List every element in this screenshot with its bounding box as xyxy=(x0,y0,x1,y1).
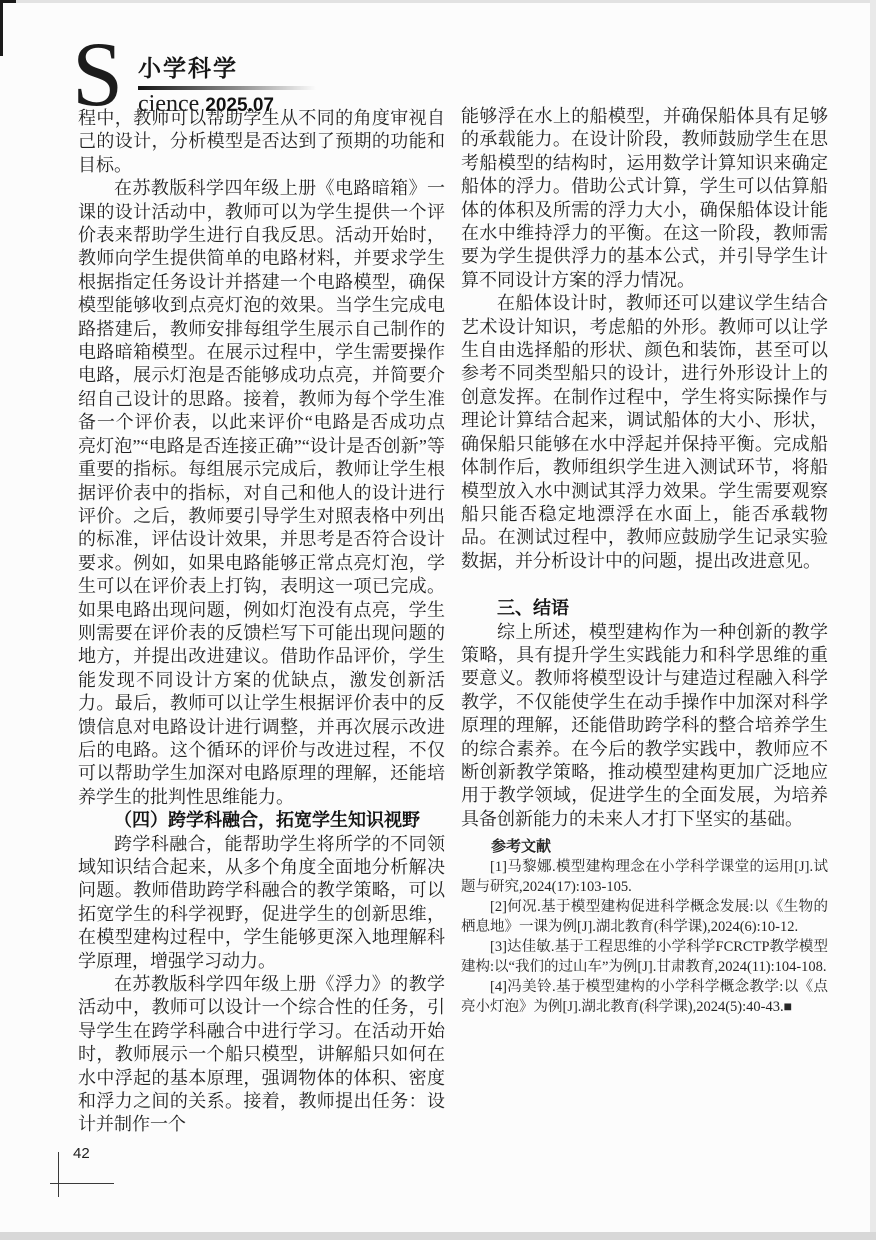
crop-mark-horizontal xyxy=(50,1183,114,1184)
section-heading-cross-discipline: （四）跨学科融合，拓宽学生知识视野 xyxy=(78,809,445,832)
journal-page: S 小学科学 cience2025.07 程中，教师可以帮助学生从不同的角度审视… xyxy=(0,0,876,1240)
article-end-mark: ■ xyxy=(784,1000,792,1015)
body-paragraph: 在苏教版科学四年级上册《浮力》的教学活动中，教师可以设计一个综合性的任务，引导学… xyxy=(78,973,445,1137)
masthead-rule xyxy=(138,86,316,90)
scan-edge-right xyxy=(870,0,876,1240)
journal-title-chinese: 小学科学 xyxy=(138,55,238,81)
body-paragraph: 能够浮在水上的船模型，并确保船体具有足够的承载能力。在设计阶段，教师鼓励学生在思… xyxy=(461,105,828,292)
reference-item: [2]何况.基于模型建构促进科学概念发展:以《生物的栖息地》一课为例[J].湖北… xyxy=(461,897,828,937)
references-section: 参考文献 [1]马黎娜.模型建构理念在小学科学课堂的运用[J].试题与研究,20… xyxy=(461,837,828,1018)
reference-item: [4]冯美铃.基于模型建构的小学科学概念教学:以《点亮小灯泡》为例[J].湖北教… xyxy=(461,977,828,1018)
reference-item: [3]达佳敏.基于工程思维的小学科学FCRCTP教学模型建构:以“我们的过山车”… xyxy=(461,937,828,977)
right-column: 能够浮在水上的船模型，并确保船体具有足够的承载能力。在设计阶段，教师鼓励学生在思… xyxy=(461,105,828,1018)
left-column: 程中，教师可以帮助学生从不同的角度审视自己的设计，分析模型是否达到了预期的功能和… xyxy=(78,107,445,1137)
scan-edge-top xyxy=(0,0,876,3)
section-heading-conclusion: 三、结语 xyxy=(461,597,828,620)
body-paragraph: 在苏教版科学四年级上册《电路暗箱》一课的设计活动中，教师可以为学生提供一个评价表… xyxy=(78,177,445,809)
body-paragraph: 跨学科融合，能帮助学生将所学的不同领域知识结合起来，从多个角度全面地分析解决问题… xyxy=(78,833,445,973)
body-paragraph: 在船体设计时，教师还可以建议学生结合艺术设计知识，考虑船的外形。教师可以让学生自… xyxy=(461,292,828,573)
page-number: 42 xyxy=(73,1145,90,1162)
crop-mark-vertical xyxy=(58,1152,59,1197)
body-paragraph: 综上所述，模型建构作为一种创新的教学策略，具有提升学生实践能力和科学思维的重要意… xyxy=(461,621,828,832)
scan-left-bar xyxy=(0,0,3,56)
scan-edge-bottom xyxy=(0,1232,876,1240)
reference-text: [4]冯美铃.基于模型建构的小学科学概念教学:以《点亮小灯泡》为例[J].湖北教… xyxy=(461,979,828,1015)
reference-item: [1]马黎娜.模型建构理念在小学科学课堂的运用[J].试题与研究,2024(17… xyxy=(461,857,828,897)
body-paragraph: 程中，教师可以帮助学生从不同的角度审视自己的设计，分析模型是否达到了预期的功能和… xyxy=(78,107,445,177)
references-heading: 参考文献 xyxy=(461,837,828,857)
